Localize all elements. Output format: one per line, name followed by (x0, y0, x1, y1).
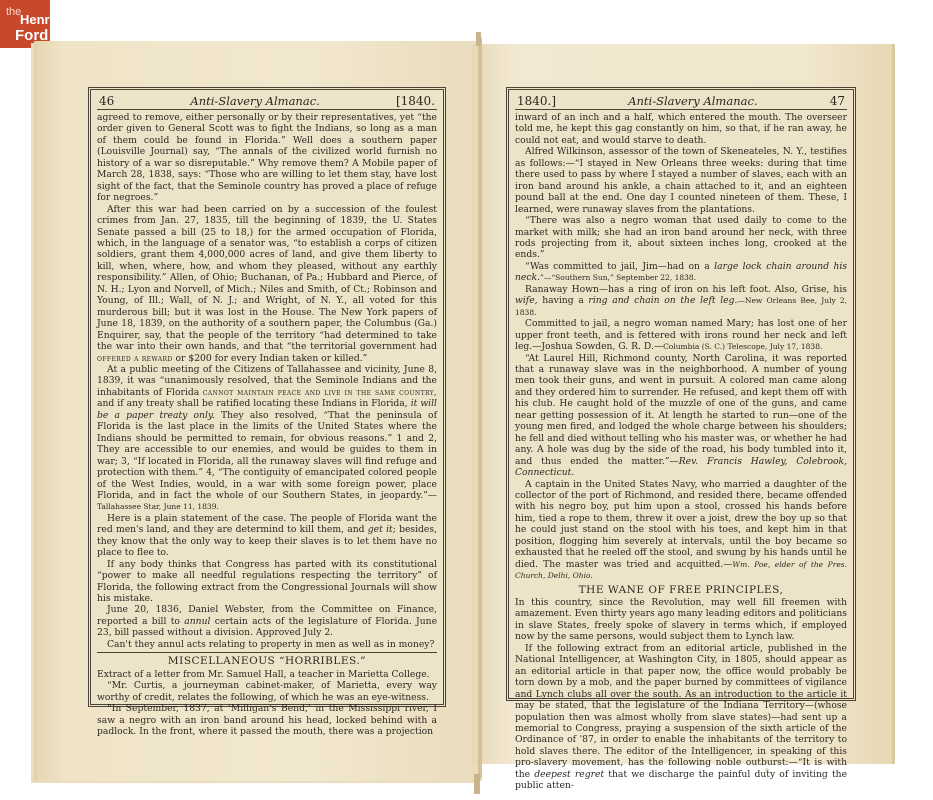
paragraph: Ranaway Hown—has a ring of iron on his l… (515, 284, 847, 318)
paragraph: In this country, since the Revolution, m… (515, 597, 847, 643)
page-number: 46 (99, 94, 114, 108)
paragraph: “Mr. Curtis, a journeyman cabinet-maker,… (97, 680, 437, 703)
open-almanac: 46 Anti-Slavery Almanac. [1840. agreed t… (20, 38, 913, 780)
paragraph: June 20, 1836, Daniel Webster, from the … (97, 604, 437, 638)
paragraph: A captain in the United States Navy, who… (515, 479, 847, 582)
paragraph: If the following extract from an editori… (515, 643, 847, 792)
section-heading: THE WANE OF FREE PRINCIPLES, (515, 585, 847, 596)
right-body-text: inward of an inch and a half, which ente… (515, 112, 847, 792)
logo-henry: Henry (20, 12, 57, 27)
left-body-text: agreed to remove, either personally or b… (97, 112, 437, 737)
logo-the: the (6, 6, 21, 18)
paragraph: “At Laurel Hill, Richmond county, North … (515, 353, 847, 479)
paragraph: At a public meeting of the Citizens of T… (97, 364, 437, 513)
paragraph: agreed to remove, either personally or b… (97, 112, 437, 204)
section-heading: MISCELLANEOUS “HORRIBLES.” (97, 656, 437, 667)
right-page-text-frame: 1840.] Anti-Slavery Almanac. 47 inward o… (506, 87, 856, 701)
book-spine (478, 38, 482, 778)
binding-thread-bottom (474, 774, 480, 794)
paragraph: Can't they annul acts relating to proper… (97, 639, 437, 650)
paragraph: If any body thinks that Congress has par… (97, 559, 437, 605)
paragraph: “In September, 1837, at ‘Milligan's Bend… (97, 703, 437, 737)
running-title: Anti-Slavery Almanac. (628, 94, 757, 108)
paragraph: Alfred Wilkinson, assessor of the town o… (515, 146, 847, 215)
year: 1840.] (517, 94, 556, 108)
year: [1840. (396, 94, 435, 108)
left-page-text-frame: 46 Anti-Slavery Almanac. [1840. agreed t… (88, 87, 446, 707)
paragraph: Committed to jail, a negro woman named M… (515, 318, 847, 352)
paragraph: After this war had been carried on by a … (97, 204, 437, 364)
paragraph: “Was committed to jail, Jim—had on a lar… (515, 261, 847, 284)
paragraph: Here is a plain statement of the case. T… (97, 513, 437, 559)
running-title: Anti-Slavery Almanac. (190, 94, 319, 108)
left-running-header: 46 Anti-Slavery Almanac. [1840. (97, 94, 437, 110)
right-running-header: 1840.] Anti-Slavery Almanac. 47 (515, 94, 847, 110)
paragraph: inward of an inch and a half, which ente… (515, 112, 847, 146)
paragraph: “There was also a negro woman that used … (515, 215, 847, 261)
paragraph: Extract of a letter from Mr. Samuel Hall… (97, 669, 437, 680)
page-number: 47 (830, 94, 845, 108)
section-rule (97, 652, 437, 653)
binding-thread-top (476, 32, 481, 46)
